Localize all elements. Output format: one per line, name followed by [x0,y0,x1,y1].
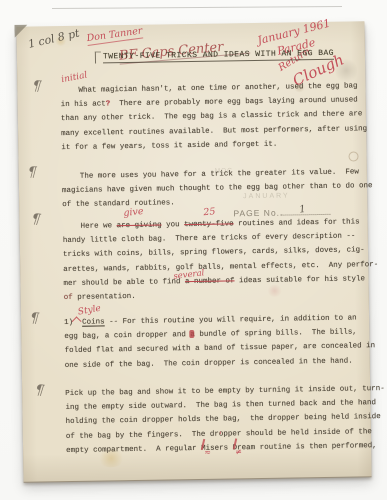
manuscript-page: 1 col 8 pt Don Tanner BF Caps Center Jan… [16,21,371,481]
author-name-note: Don Tanner [86,25,143,46]
typed-text: -- For this routine you will require, in… [105,314,357,326]
paragraph-mark-icon: ¶ [29,310,39,327]
paragraph-5: Pick up the bag and show it to be empty … [65,382,386,458]
overtyped-word: of [64,294,73,302]
title-margin-bracket [95,51,101,63]
paragraph-3: Here we are giving you twenty-five routi… [62,215,378,305]
paragraph-2: The more uses you have for a trick the g… [62,165,373,212]
typed-text: bundle of spring bills. The bills, [195,329,357,340]
red-overstrike-mark [189,330,194,338]
paragraph-mark-icon: ¶ [31,211,42,228]
typed-text: empty compartment. A regular [66,445,201,455]
subhead-coins: Coins [82,318,105,326]
typed-text: you [162,221,185,229]
edit-25: 25 [203,206,216,218]
typed-text: mer should be able to find [63,278,185,288]
paragraph-1: What magician hasn't, at one time or ano… [60,79,367,155]
typed-text: There are probably more egg bags laying … [110,97,358,109]
caps-mark-icon: ≈ [204,448,211,457]
layout-note: 1 col 8 pt [27,27,81,51]
typed-text: egg bag, a coin dropper and [64,331,190,341]
paper-stain [348,151,358,161]
typed-text: ideas suitable for his style [234,275,365,285]
paragraph-4: 1) Coins -- For this routine you will re… [64,311,375,373]
paragraph-mark-icon: ¶ [27,164,37,180]
strikethrough-text: are giving [117,222,162,231]
paragraph-mark-icon: ¶ [34,382,45,399]
photo-edge-line [52,6,342,9]
typed-text: routine is then performed, [255,442,377,452]
typed-text: presentation. [73,293,136,302]
typed-text: Here we [63,222,117,231]
edit-give: give [123,206,144,219]
apostrophe-insert-mark: ' [219,431,222,442]
strikethrough-text: twenty-five [184,220,234,229]
typed-text: routines and ideas for this [234,218,360,228]
caps-mark-icon: ≠ [235,447,242,456]
paragraph-mark-icon: ¶ [32,78,42,95]
typed-text: in his act [61,101,106,110]
torn-corner [14,25,27,38]
